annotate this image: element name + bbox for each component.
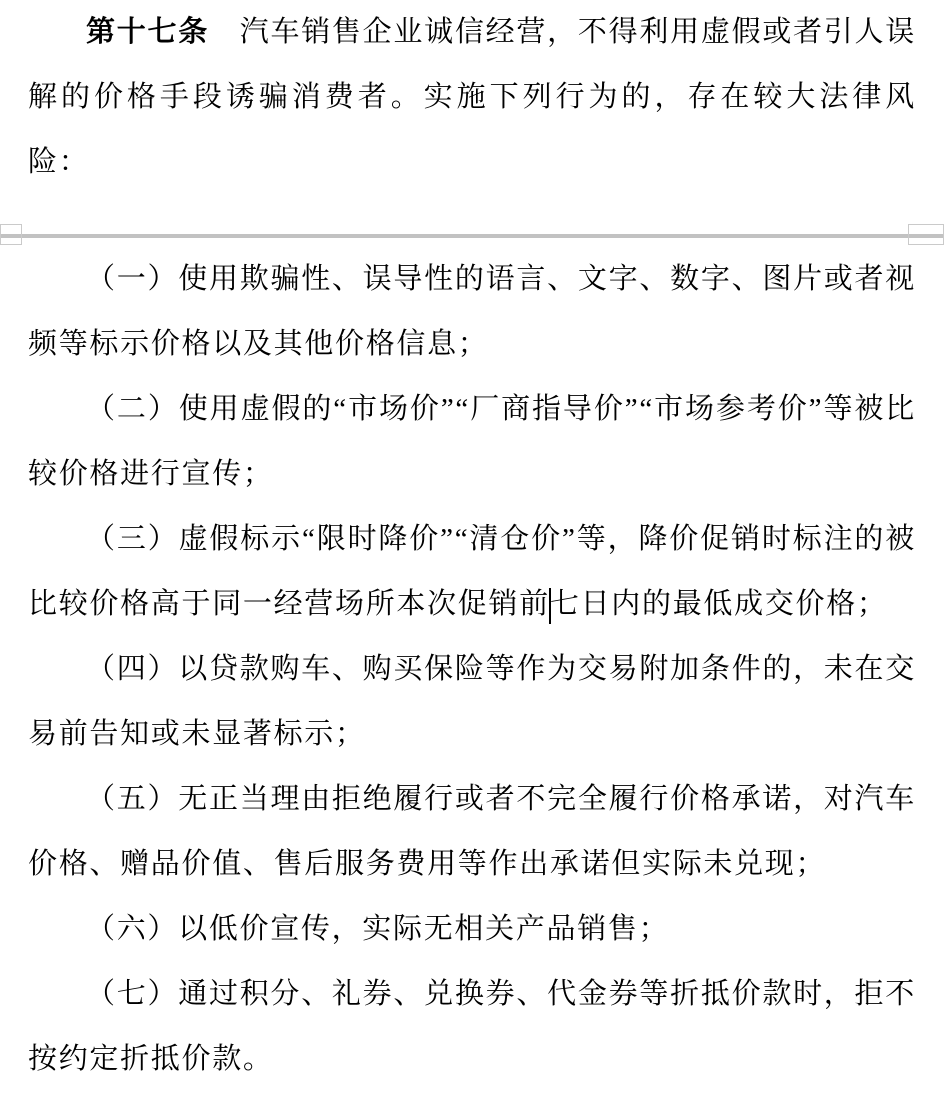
item-paragraph-7[interactable]: （七）通过积分、礼券、兑换券、代金券等折抵价款时，拒不按约定折抵价款。 bbox=[0, 962, 944, 1092]
item-paragraph-3[interactable]: （三）虚假标示“限时降价”“清仓价”等，降价促销时标注的被比较价格高于同一经营场… bbox=[0, 507, 944, 637]
page-break-line bbox=[0, 234, 944, 238]
item-paragraph-1[interactable]: （一）使用欺骗性、误导性的语言、文字、数字、图片或者视频等标示价格以及其他价格信… bbox=[0, 247, 944, 377]
page-break-left-margin-box bbox=[0, 224, 22, 245]
document-page[interactable]: 第十七条 汽车销售企业诚信经营，不得利用虚假或者引人误解的价格手段诱骗消费者。实… bbox=[0, 0, 944, 1100]
page-break-right-margin-box bbox=[908, 224, 944, 245]
item-paragraph-4[interactable]: （四）以贷款购车、购买保险等作为交易附加条件的，未在交易前告知或未显著标示； bbox=[0, 637, 944, 767]
item-paragraph-6[interactable]: （六）以低价宣传，实际无相关产品销售； bbox=[0, 897, 944, 962]
page-break-divider bbox=[0, 195, 944, 247]
article-paragraph[interactable]: 第十七条 汽车销售企业诚信经营，不得利用虚假或者引人误解的价格手段诱骗消费者。实… bbox=[0, 0, 944, 195]
item-3-text-after-cursor: 七日内的最低成交价格； bbox=[550, 588, 888, 620]
article-number-label: 第十七条 bbox=[86, 16, 209, 48]
item-paragraph-5[interactable]: （五）无正当理由拒绝履行或者不完全履行价格承诺，对汽车价格、赠品价值、售后服务费… bbox=[0, 767, 944, 897]
item-paragraph-2[interactable]: （二）使用虚假的“市场价”“厂商指导价”“市场参考价”等被比较价格进行宣传； bbox=[0, 377, 944, 507]
